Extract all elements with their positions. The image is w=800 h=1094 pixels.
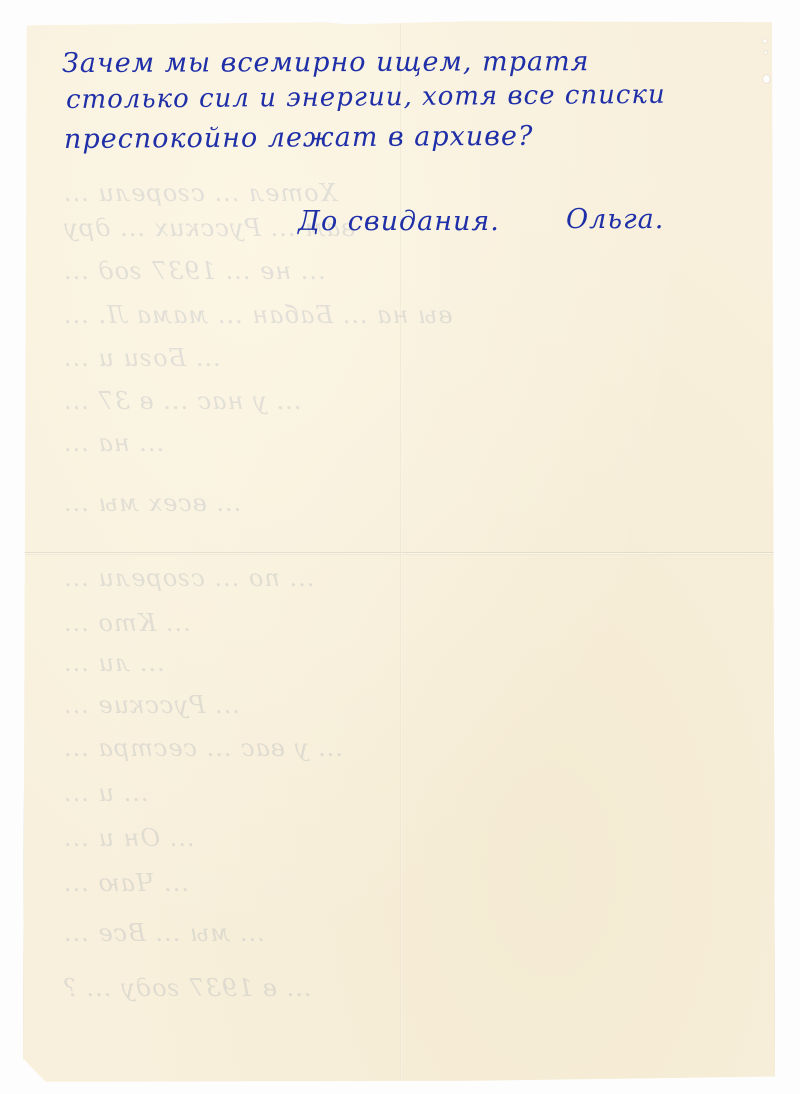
vertical-fold-crease (400, 19, 402, 1085)
punch-hole (763, 39, 767, 43)
punch-hole (764, 51, 767, 54)
letter-closing: До свидания. (298, 208, 500, 235)
show-through-text: ... ли ... (63, 649, 165, 677)
show-through-text: ... и ... (63, 779, 149, 807)
show-through-text: ... мы ... Все ... (63, 919, 265, 947)
show-through-text: вы на ... Бабан ... мама Л. ... (63, 301, 452, 329)
show-through-text: ... Кто ... (63, 609, 191, 637)
letter-body-line: Зачем мы всемирно ищем, тратя (62, 48, 590, 77)
show-through-text: ... у вас ... сестра ... (63, 734, 343, 762)
letter-sheet: Хотел ... сгорели ... вам ... Русских ..… (23, 19, 775, 1085)
horizontal-fold-crease (23, 552, 775, 555)
letter-body-line: столько сил и энергии, хотя все списки (66, 82, 666, 113)
show-through-text: ... всех мы ... (63, 489, 241, 517)
show-through-text: ... не ... 1937 год ... (63, 257, 326, 285)
show-through-text: ... в 1937 году ... ? (63, 974, 312, 1002)
show-through-text: ... у нас ... в 37 ... (63, 387, 301, 415)
show-through-text: Хотел ... сгорели ... (63, 179, 337, 207)
show-through-text: ... Боги и ... (63, 344, 221, 372)
show-through-text: ... Он и ... (63, 824, 195, 852)
show-through-text: ... на ... (63, 429, 164, 457)
letter-body-line: преспокойно лежат в архиве? (64, 123, 534, 153)
show-through-text: ... Чаю ... (63, 869, 189, 897)
punch-hole (763, 75, 770, 83)
letter-signature: Ольга. (566, 206, 664, 233)
show-through-text: ... Русские ... (63, 691, 240, 719)
show-through-text: ... по ... сгорели ... (63, 564, 314, 592)
